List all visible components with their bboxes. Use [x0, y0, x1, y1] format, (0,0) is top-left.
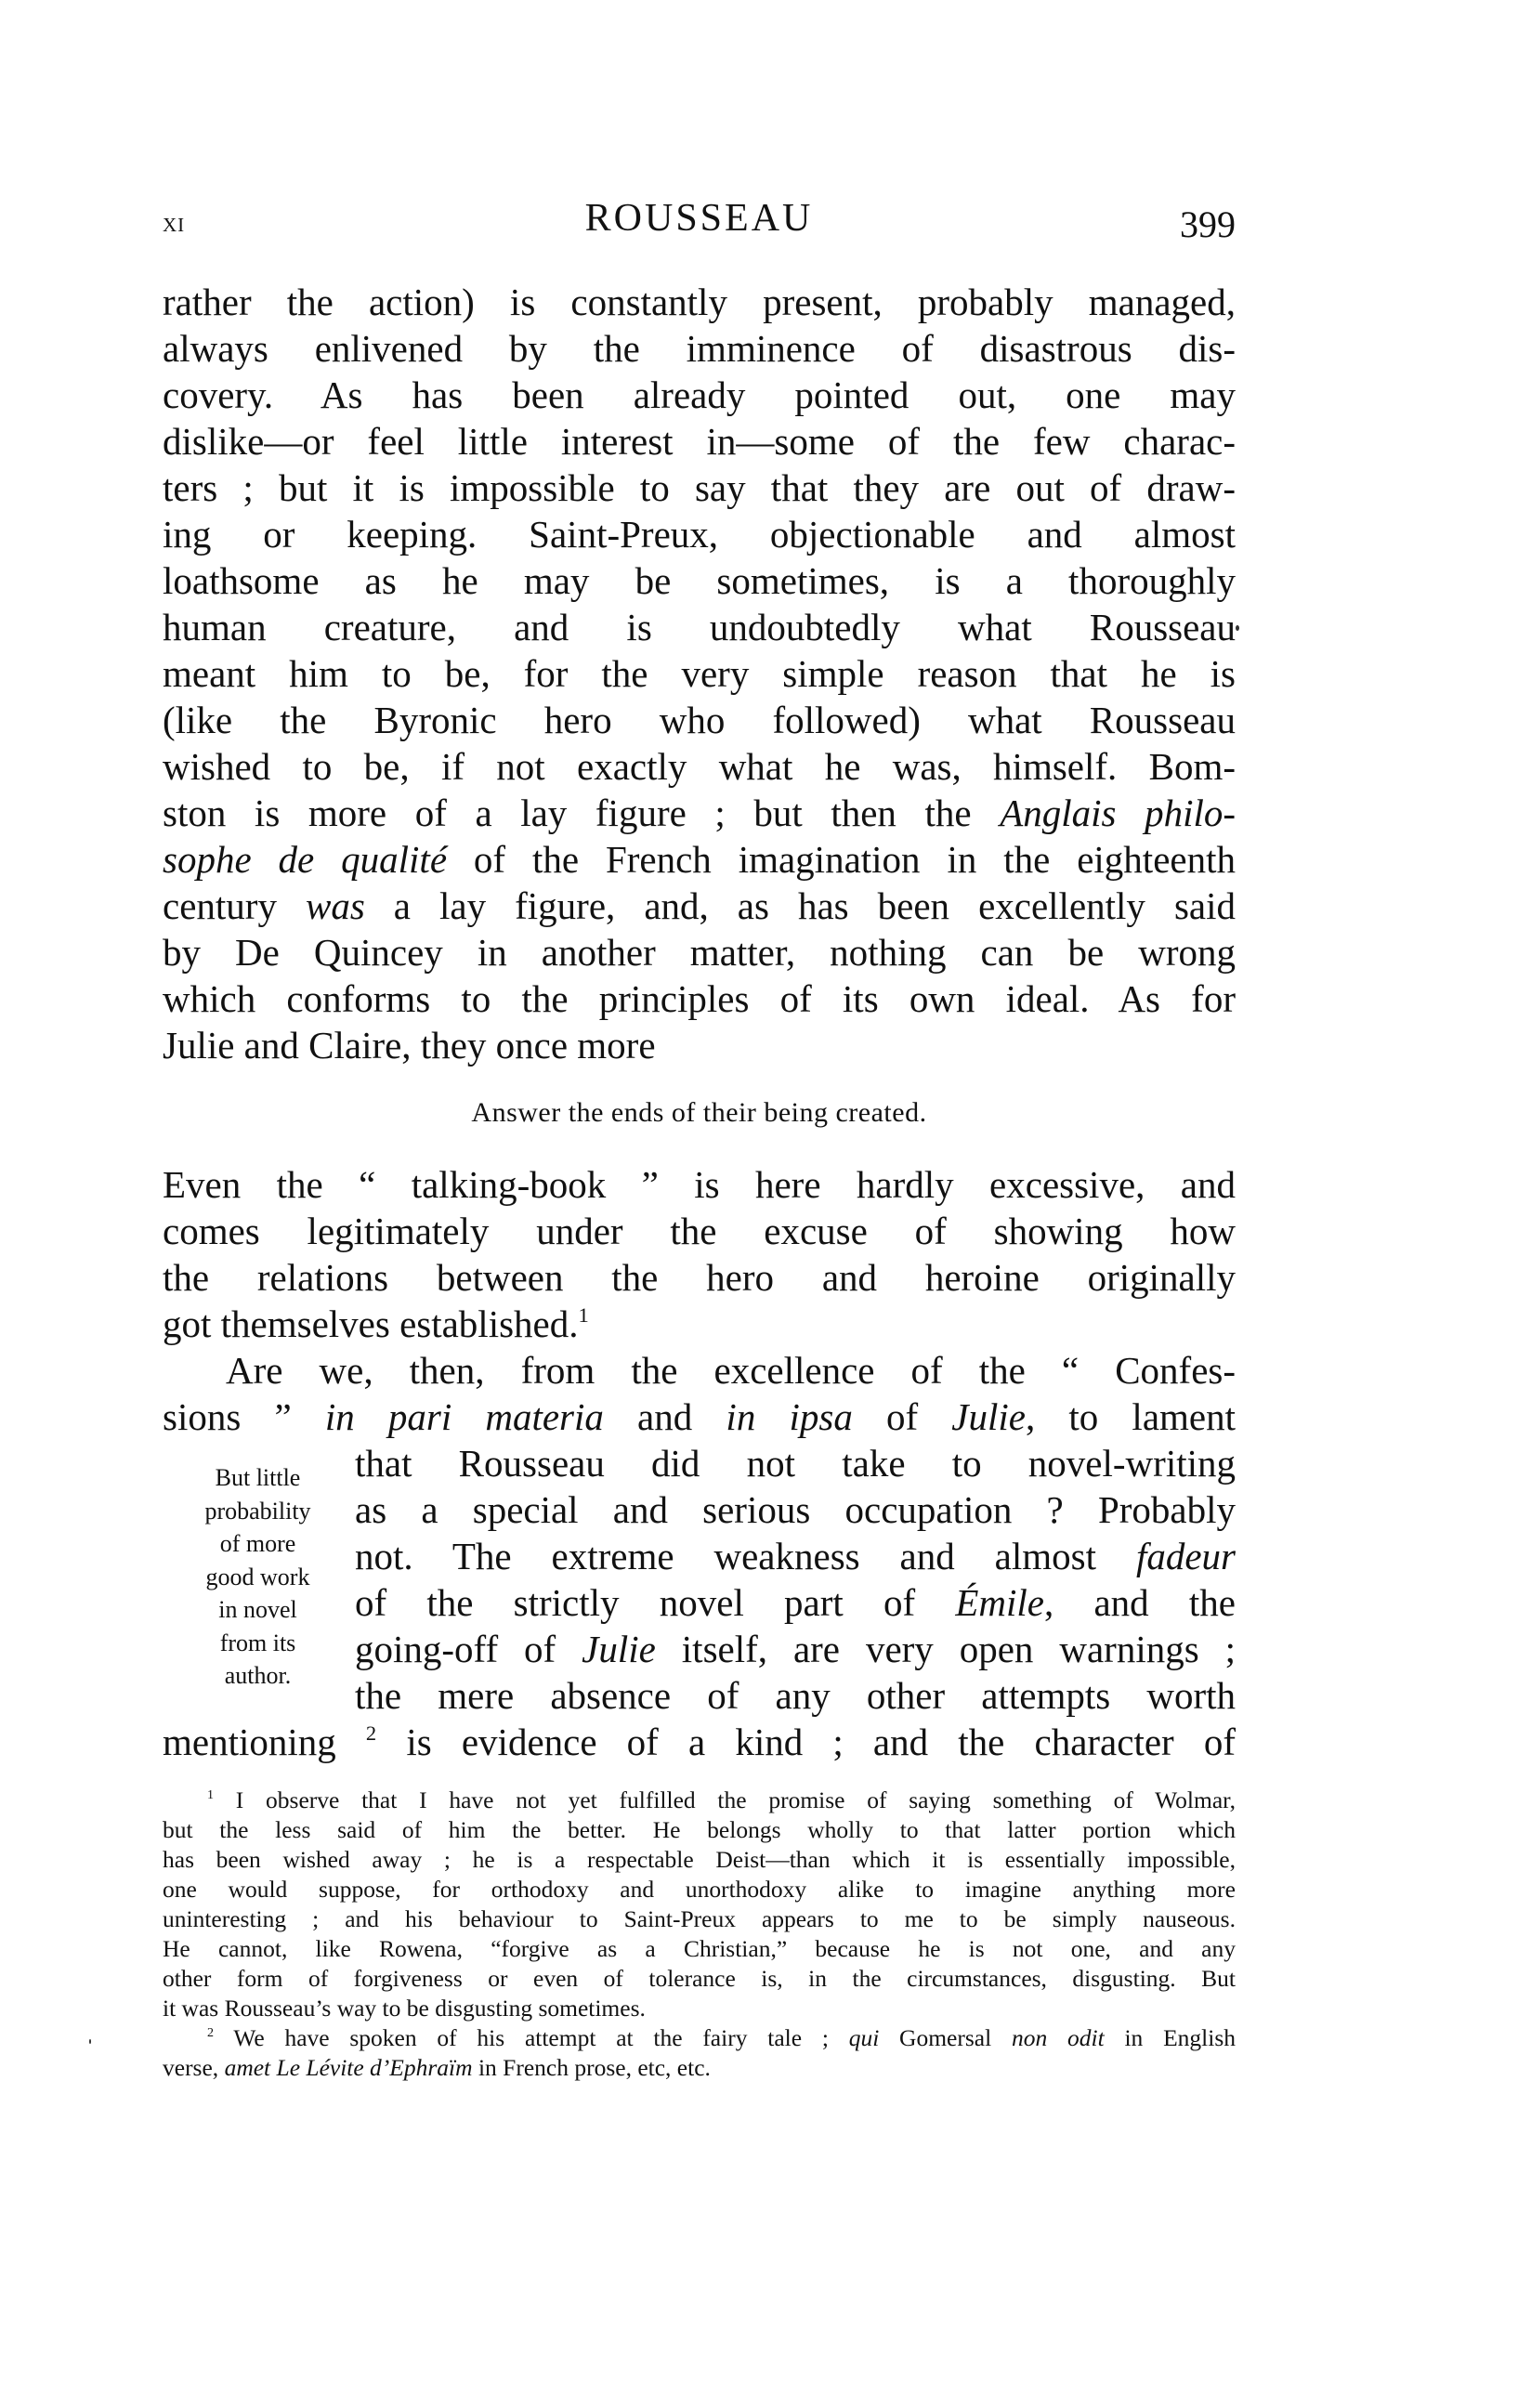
body-line: Even the “ talking-book ” is here hardly…	[163, 1161, 1236, 1208]
sidenote-line: of more	[177, 1527, 339, 1561]
text-run: Even the “ talking-book ” is here hardly…	[163, 1163, 1236, 1206]
text-run: but the less said of him the better. He …	[163, 1816, 1236, 1843]
footnote-marker: 1	[579, 1303, 589, 1327]
italic-text: Émile	[955, 1581, 1044, 1624]
text-run: that Rousseau did not take to novel-writ…	[355, 1442, 1236, 1485]
sidenote-line: author.	[177, 1659, 339, 1693]
body-line: not. The extreme weakness and almost fad…	[355, 1533, 1236, 1579]
footnote-marker: 2	[366, 1721, 376, 1745]
text-run: rather the action) is constantly present…	[163, 281, 1236, 323]
text-run: , and the	[1044, 1581, 1236, 1624]
footnote-line: 1 I observe that I have not yet fulfille…	[163, 1786, 1236, 1815]
body-line: always enlivened by the imminence of dis…	[163, 325, 1236, 372]
text-run: going-off of	[355, 1628, 582, 1670]
text-run: ing or keeping. Saint-Preux, objectionab…	[163, 513, 1236, 556]
page-number: 399	[1096, 197, 1236, 253]
footnote-line: uninteresting ; and his behaviour to Sai…	[163, 1904, 1236, 1934]
footnote-line: one would suppose, for orthodoxy and uno…	[163, 1875, 1236, 1904]
text-run: of the strictly novel part of	[355, 1581, 955, 1624]
sidenote-line: from its	[177, 1627, 339, 1660]
text-run: mentioning	[163, 1721, 366, 1763]
italic-text: in ipsa	[726, 1395, 852, 1438]
body-line: which conforms to the principles of its …	[163, 975, 1236, 1022]
text-run: which conforms to the principles of its …	[163, 977, 1236, 1020]
print-speck	[89, 2039, 91, 2044]
body-line: (like the Byronic hero who followed) wha…	[163, 697, 1236, 743]
text-run: by De Quincey in another matter, nothing…	[163, 931, 1236, 974]
text-run: not. The extreme weakness and almost	[355, 1535, 1136, 1577]
book-page: xi ROUSSEAU 399 rather the action) is co…	[0, 0, 1531, 2408]
body-line: going-off of Julie itself, are very open…	[355, 1626, 1236, 1672]
body-line: got themselves established.1	[163, 1301, 1236, 1347]
text-run: of the French imagination in the eightee…	[447, 838, 1236, 881]
body-line: Julie and Claire, they once more	[163, 1022, 1236, 1068]
body-line: of the strictly novel part of Émile, and…	[355, 1579, 1236, 1626]
body-line: by De Quincey in another matter, nothing…	[163, 929, 1236, 975]
italic-text: Julie	[951, 1395, 1026, 1438]
footnote-line: 2 We have spoken of his attempt at the f…	[163, 2023, 1236, 2053]
text-run: ston is more of a lay figure ; but then …	[163, 792, 1000, 834]
text-run: comes legitimately under the excuse of s…	[163, 1210, 1236, 1252]
text-run: , to lament	[1026, 1395, 1236, 1438]
margin-sidenote: But littleprobabilityof moregood workin …	[177, 1461, 339, 1693]
text-run: uninteresting ; and his behaviour to Sai…	[163, 1905, 1236, 1932]
footnote-line: but the less said of him the better. He …	[163, 1815, 1236, 1845]
text-run: as a special and serious occupation ? Pr…	[355, 1488, 1236, 1531]
body-line: human creature, and is undoubtedly what …	[163, 604, 1236, 650]
text-run: human creature, and is undoubtedly what …	[163, 606, 1236, 648]
print-speck	[1236, 625, 1239, 631]
body-line: ing or keeping. Saint-Preux, objectionab…	[163, 511, 1236, 557]
text-run: We have spoken of his attempt at the fai…	[214, 2024, 849, 2051]
body-line: rather the action) is constantly present…	[163, 279, 1236, 325]
sidenote-line: But little	[177, 1461, 339, 1495]
text-run: a lay figure, and, as has been excellent…	[365, 884, 1236, 927]
body-line: sions ” in pari materia and in ipsa of J…	[163, 1394, 1236, 1440]
text-run: always enlivened by the imminence of dis…	[163, 327, 1236, 370]
text-run: Are we, then, from the excellence of the…	[226, 1349, 1236, 1392]
body-line: that Rousseau did not take to novel-writ…	[355, 1440, 1236, 1486]
text-run: got themselves established.	[163, 1302, 579, 1345]
italic-text: qui	[849, 2024, 880, 2051]
text-run: in English	[1105, 2024, 1236, 2051]
sidenote-line: probability	[177, 1495, 339, 1528]
body-line: ters ; but it is impossible to say that …	[163, 465, 1236, 511]
italic-text: Anglais philo-	[1000, 792, 1236, 834]
text-run: wished to be, if not exactly what he was…	[163, 745, 1236, 788]
sidenote-line: good work	[177, 1561, 339, 1594]
text-run: other form of forgiveness or even of tol…	[163, 1965, 1236, 1992]
text-run: is evidence of a kind ; and the characte…	[376, 1721, 1236, 1763]
body-line: comes legitimately under the excuse of s…	[163, 1208, 1236, 1254]
text-run: sions ”	[163, 1395, 325, 1438]
body-line: wished to be, if not exactly what he was…	[163, 743, 1236, 790]
body-line: Are we, then, from the excellence of the…	[163, 1347, 1236, 1394]
text-run: itself, are very open warnings ;	[656, 1628, 1236, 1670]
text-run: Julie and Claire, they once more	[163, 1024, 656, 1067]
italic-text: Julie	[582, 1628, 656, 1670]
text-run: ters ; but it is impossible to say that …	[163, 466, 1236, 509]
italic-text: was	[306, 884, 365, 927]
text-run: dislike—or feel little interest in—some …	[163, 420, 1236, 463]
body-line: covery. As has been already pointed out,…	[163, 372, 1236, 418]
text-run: loathsome as he may be sometimes, is a t…	[163, 559, 1236, 602]
italic-text: amet Le Lévite d’Ephraïm	[225, 2054, 473, 2081]
text-run: He cannot, like Rowena, “forgive as a Ch…	[163, 1935, 1236, 1962]
footnote-line: has been wished away ; he is a respectab…	[163, 1845, 1236, 1875]
text-run: (like the Byronic hero who followed) wha…	[163, 699, 1236, 741]
body-line: sophe de qualité of the French imaginati…	[163, 836, 1236, 883]
text-run: has been wished away ; he is a respectab…	[163, 1846, 1236, 1873]
text-run: in French prose, etc, etc.	[473, 2054, 711, 2081]
footnote-marker: 2	[207, 2026, 214, 2040]
italic-text: in pari materia	[325, 1395, 604, 1438]
body-line: century was a lay figure, and, as has be…	[163, 883, 1236, 929]
text-run: one would suppose, for orthodoxy and uno…	[163, 1876, 1236, 1903]
footnote-line: verse, amet Le Lévite d’Ephraïm in Frenc…	[163, 2053, 1236, 2083]
body-line: mentioning 2 is evidence of a kind ; and…	[163, 1719, 1236, 1765]
text-run: the mere absence of any other attempts w…	[355, 1674, 1236, 1717]
body-line: the relations between the hero and heroi…	[163, 1254, 1236, 1301]
text-run: covery. As has been already pointed out,…	[163, 373, 1236, 416]
footnote-marker: 1	[207, 1788, 214, 1802]
body-line: meant him to be, for the very simple rea…	[163, 650, 1236, 697]
text-run: meant him to be, for the very simple rea…	[163, 652, 1236, 695]
body-line: dislike—or feel little interest in—some …	[163, 418, 1236, 465]
text-run: it was Rousseau’s way to be disgusting s…	[163, 1995, 646, 2022]
running-title: ROUSSEAU	[163, 190, 1236, 246]
body-line: the mere absence of any other attempts w…	[355, 1672, 1236, 1719]
text-run: the relations between the hero and heroi…	[163, 1256, 1236, 1299]
body-line: loathsome as he may be sometimes, is a t…	[163, 557, 1236, 604]
body-line: as a special and serious occupation ? Pr…	[355, 1486, 1236, 1533]
text-run: and	[604, 1395, 726, 1438]
italic-text: non odit	[1012, 2024, 1105, 2051]
text-run: verse,	[163, 2054, 225, 2081]
body-line: ston is more of a lay figure ; but then …	[163, 790, 1236, 836]
footnote-line: it was Rousseau’s way to be disgusting s…	[163, 1994, 1236, 2023]
text-run: Gomersal	[879, 2024, 1012, 2051]
footnote-line: other form of forgiveness or even of tol…	[163, 1964, 1236, 1994]
footnote-line: He cannot, like Rowena, “forgive as a Ch…	[163, 1934, 1236, 1964]
text-run: century	[163, 884, 306, 927]
sidenote-line: in novel	[177, 1593, 339, 1627]
italic-text: sophe de qualité	[163, 838, 447, 881]
italic-text: fadeur	[1136, 1535, 1236, 1577]
verse-quotation: Answer the ends of their being created.	[163, 1094, 1236, 1132]
text-run: of	[853, 1395, 951, 1438]
text-run: I observe that I have not yet fulfilled …	[214, 1786, 1236, 1813]
